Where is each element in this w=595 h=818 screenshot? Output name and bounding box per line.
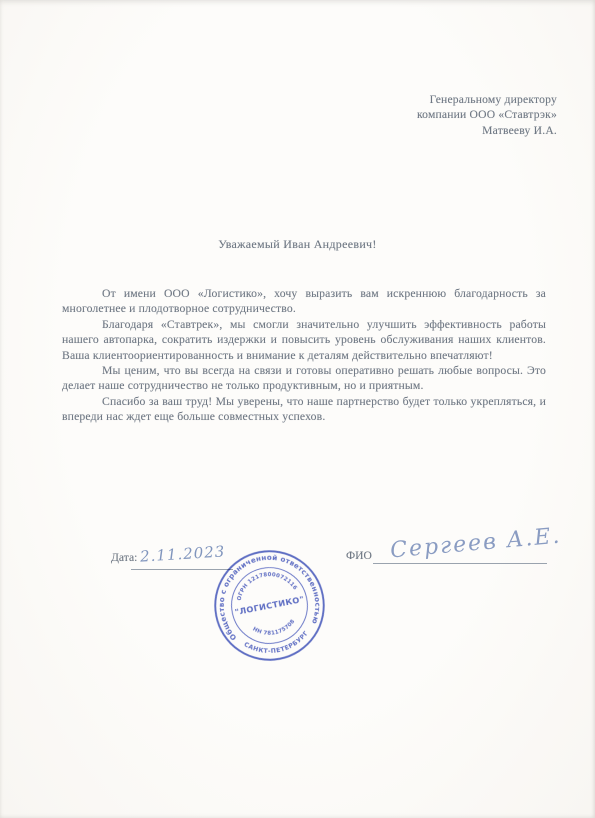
- stamp-ring-top-text: Общество с ограниченной ответственностью: [208, 544, 327, 644]
- paragraph-3: Мы ценим, что вы всегда на связи и готов…: [62, 363, 546, 394]
- paragraph-2: Благодаря «Ставтрек», мы смогли значител…: [62, 317, 546, 363]
- company-stamp-icon: Общество с ограниченной ответственностью…: [203, 539, 335, 671]
- fio-label: ФИО: [346, 549, 372, 562]
- salutation: Уважаемый Иван Андреевич!: [0, 237, 595, 252]
- date-label: Дата:: [111, 551, 137, 564]
- letter-page: Генеральному директору компании ООО «Ста…: [0, 0, 595, 818]
- fio-underline: [373, 563, 547, 564]
- recipient-line-1: Генеральному директору: [417, 92, 557, 107]
- paragraph-1: От имени ООО «Логистико», хочу выразить …: [62, 286, 546, 317]
- stamp-company-name: "ЛОГИСТИКО": [234, 594, 305, 617]
- recipient-line-2: компании ООО «Ставтрэк»: [417, 107, 557, 122]
- paragraph-4: Спасибо за ваш труд! Мы уверены, что наш…: [62, 394, 546, 425]
- recipient-line-3: Матвееву И.А.: [417, 123, 557, 138]
- letter-body: От имени ООО «Логистико», хочу выразить …: [62, 286, 546, 425]
- recipient-block: Генеральному директору компании ООО «Ста…: [417, 92, 557, 138]
- signature-handwritten: Сергеев А.Е.: [389, 524, 562, 564]
